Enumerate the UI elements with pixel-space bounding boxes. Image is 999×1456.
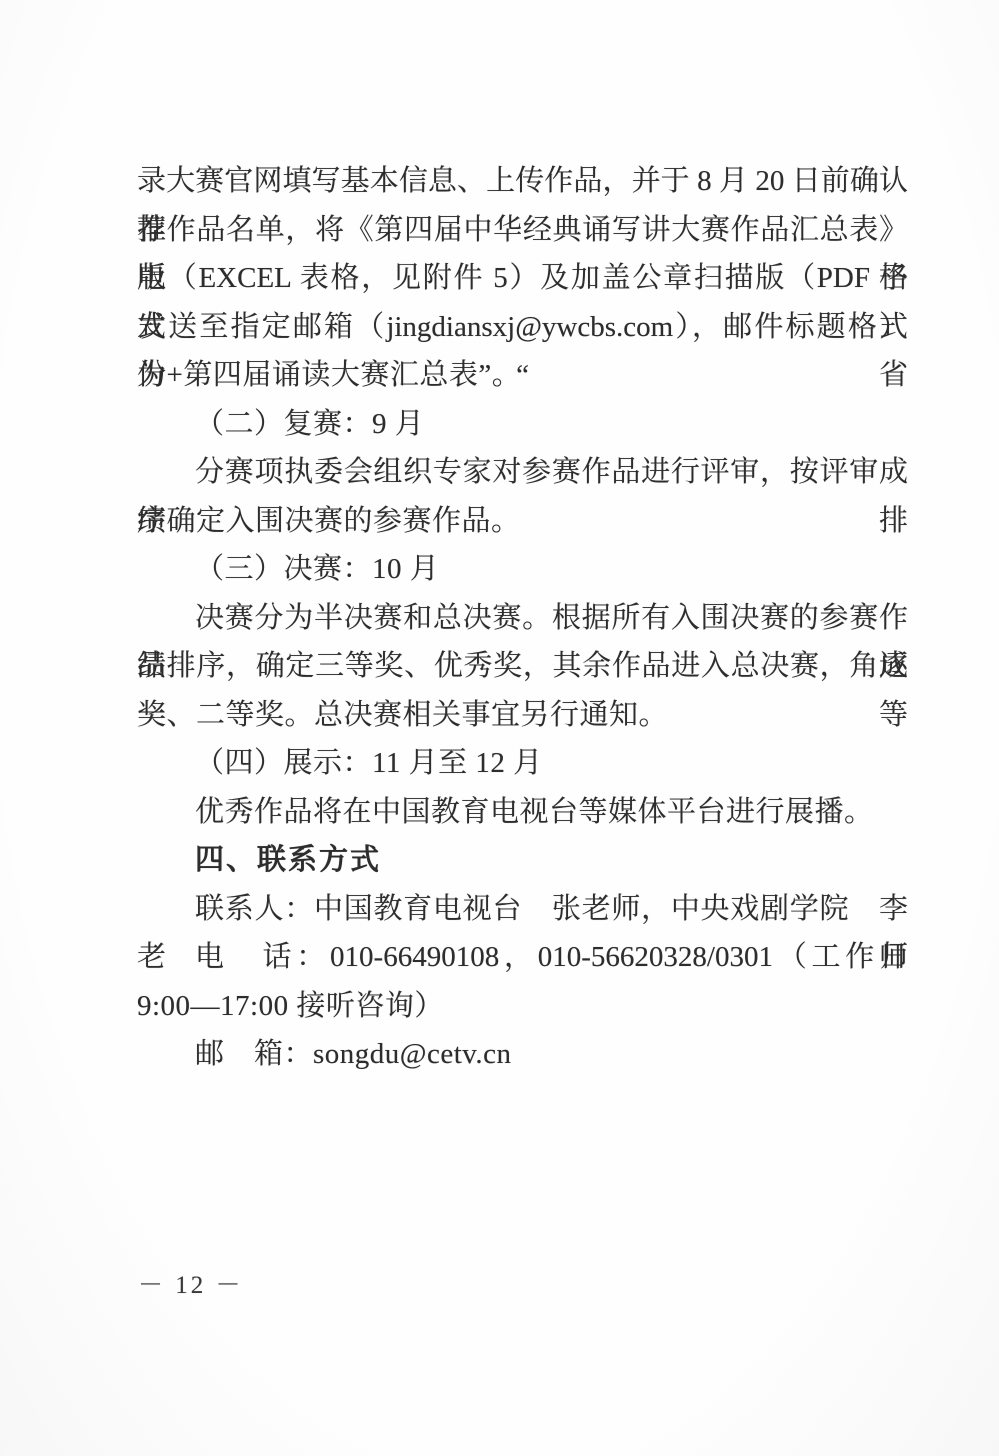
heading-semifinal: （二）复赛：9 月: [137, 400, 908, 449]
paragraph-final-line-2: 绩排序，确定三等奖、优秀奖，其余作品进入总决赛，角逐一等: [137, 642, 908, 691]
paragraph-semifinal-line-1: 分赛项执委会组织专家对参赛作品进行评审，按评审成绩排: [137, 448, 908, 497]
contact-hours-line: 9:00—17:00 接听咨询）: [137, 982, 908, 1031]
heading-exhibition: （四）展示：11 月至 12 月: [137, 739, 908, 788]
document-body: 录大赛官网填写基本信息、上传作品，并于 8 月 20 日前确认推 荐作品名单，将…: [137, 157, 908, 1079]
page-number: － 12 －: [138, 1271, 244, 1301]
contact-person-line: 联系人：中国教育电视台 张老师，中央戏剧学院 李老师: [137, 885, 908, 934]
contact-phone-line: 电 话：010-66490108，010-56620328/0301（工作日: [137, 933, 908, 982]
heading-contact: 四、联系方式: [137, 836, 908, 885]
document-page: 录大赛官网填写基本信息、上传作品，并于 8 月 20 日前确认推 荐作品名单，将…: [0, 0, 999, 1456]
paragraph-final-line-1: 决赛分为半决赛和总决赛。根据所有入围决赛的参赛作品成: [137, 594, 908, 643]
heading-final: （三）决赛：10 月: [137, 545, 908, 594]
contact-email-line: 邮 箱：songdu@cetv.cn: [137, 1030, 908, 1079]
paragraph-exhibition-line-1: 优秀作品将在中国教育电视台等媒体平台进行展播。: [137, 788, 908, 837]
paragraph-submission-line-1: 录大赛官网填写基本信息、上传作品，并于 8 月 20 日前确认推: [137, 157, 908, 206]
paragraph-submission-line-4: 发送至指定邮箱（jingdiansxj@ywcbs.com），邮件标题格式为“省: [137, 303, 908, 352]
paragraph-submission-line-3: 版（EXCEL 表格，见附件 5）及加盖公章扫描版（PDF 格式）: [137, 254, 908, 303]
paragraph-submission-line-2: 荐作品名单，将《第四届中华经典诵写讲大赛作品汇总表》电子: [137, 206, 908, 255]
